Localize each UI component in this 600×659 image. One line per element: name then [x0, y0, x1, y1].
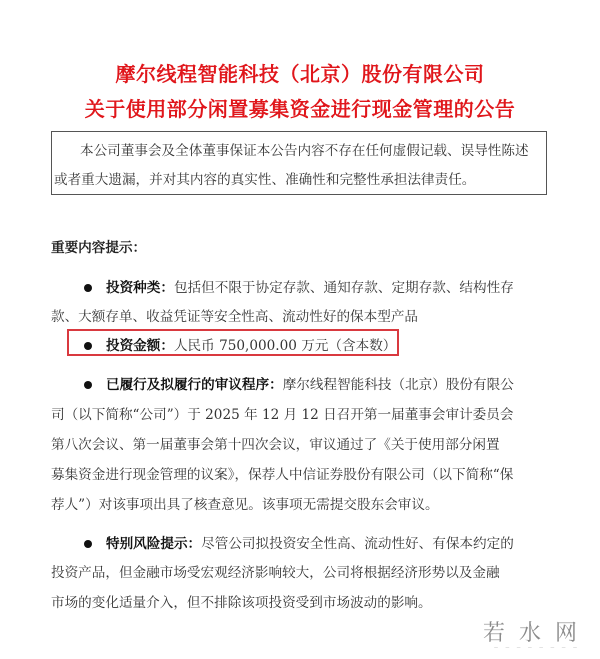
list-item-investment-type: 投资种类：包括但不限于协定存款、通知存款、定期存款、结构性存 — [84, 276, 514, 296]
item-text-continuation: 司（以下简称“公司”）于 2025 年 12 月 12 日召开第一届董事会审计委… — [51, 403, 513, 423]
item-label: 投资种类： — [106, 280, 174, 296]
disclaimer-box: 本公司董事会及全体董事保证本公告内容不存在任何虚假记载、误导性陈述 或者重大遗漏… — [51, 131, 547, 195]
item-text-continuation: 款、大额存单、收益凭证等安全性高、流动性好的保本型产品 — [51, 305, 418, 325]
announcement-title: 关于使用部分闲置募集资金进行现金管理的公告 — [0, 93, 600, 122]
watermark-logo: 若水网 — — — — — — — — — [482, 616, 592, 650]
bullet-icon — [84, 284, 92, 292]
section-heading: 重要内容提示： — [51, 236, 146, 256]
list-item-investment-amount: 投资金额：人民币 750,000.00 万元（含本数） — [84, 334, 396, 354]
item-text: 包括但不限于协定存款、通知存款、定期存款、结构性存 — [174, 280, 514, 296]
disclaimer-line-2: 或者重大遗漏，并对其内容的真实性、准确性和完整性承担法律责任。 — [54, 168, 475, 188]
item-label: 已履行及拟履行的审议程序： — [106, 377, 283, 393]
list-item-risk-warning: 特别风险提示：尽管公司拟投资安全性高、流动性好、有保本约定的 — [84, 532, 514, 552]
item-text: 摩尔线程智能科技（北京）股份有限公 — [283, 377, 514, 393]
item-text: 尽管公司拟投资安全性高、流动性好、有保本约定的 — [201, 536, 514, 552]
bullet-icon — [84, 540, 92, 548]
item-text: 人民币 750,000.00 万元（含本数） — [174, 338, 396, 354]
item-text-continuation: 市场的变化适量介入，但不排除该项投资受到市场波动的影响。 — [51, 591, 432, 611]
list-item-review-procedure: 已履行及拟履行的审议程序：摩尔线程智能科技（北京）股份有限公 — [84, 373, 514, 393]
item-text-continuation: 第八次会议、第一届董事会第十四次会议，审议通过了《关于使用部分闲置 — [51, 433, 500, 453]
item-label: 投资金额： — [106, 338, 174, 354]
bullet-icon — [84, 342, 92, 350]
watermark-subtext: — — — — — — — — — [482, 645, 592, 650]
watermark-text: 若水网 — [482, 616, 592, 647]
item-label: 特别风险提示： — [106, 536, 201, 552]
bullet-icon — [84, 381, 92, 389]
item-text-continuation: 荐人”）对该事项出具了核查意见。该事项无需提交股东会审议。 — [51, 493, 439, 513]
company-name: 摩尔线程智能科技（北京）股份有限公司 — [0, 58, 600, 87]
disclaimer-line-1: 本公司董事会及全体董事保证本公告内容不存在任何虚假记载、误导性陈述 — [80, 139, 529, 159]
item-text-continuation: 投资产品，但金融市场受宏观经济影响较大，公司将根据经济形势以及金融 — [51, 561, 500, 581]
item-text-continuation: 募集资金进行现金管理的议案》，保荐人中信证券股份有限公司（以下简称“保 — [51, 463, 513, 483]
